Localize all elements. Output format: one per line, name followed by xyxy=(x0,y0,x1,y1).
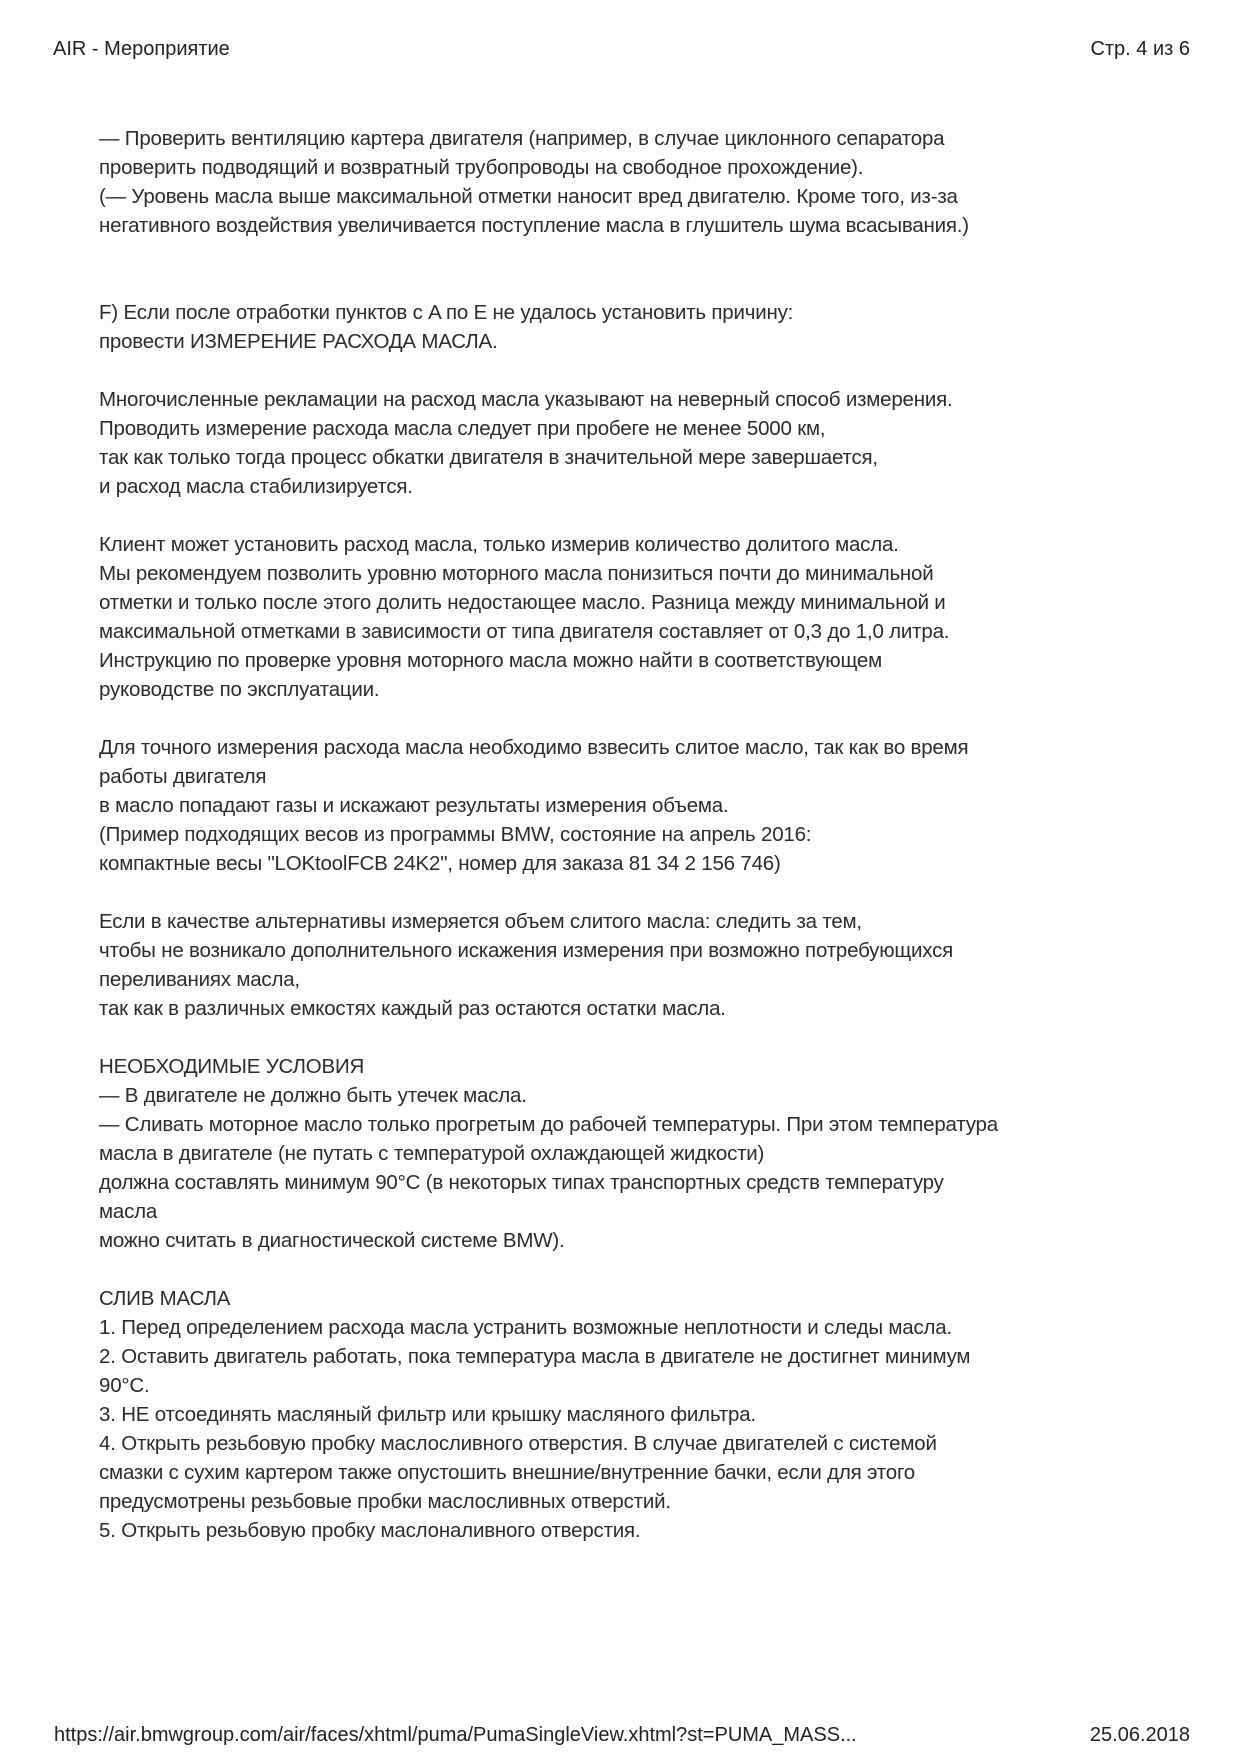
text-line: в масло попадают газы и искажают результ… xyxy=(99,791,1159,820)
text-line: Для точного измерения расхода масла необ… xyxy=(99,733,1159,762)
text-line: масла xyxy=(99,1197,1159,1226)
page-footer: https://air.bmwgroup.com/air/faces/xhtml… xyxy=(54,1722,1190,1748)
text-line: негативного воздействия увеличивается по… xyxy=(99,211,1159,240)
text-line: максимальной отметками в зависимости от … xyxy=(99,617,1159,646)
text-line: 1. Перед определением расхода масла устр… xyxy=(99,1313,1159,1342)
text-line: 2. Оставить двигатель работать, пока тем… xyxy=(99,1342,1159,1371)
document-title: AIR - Мероприятие xyxy=(53,38,230,61)
paragraph-weighing: Для точного измерения расхода масла необ… xyxy=(99,733,1159,878)
text-line: так как только тогда процесс обкатки дви… xyxy=(99,443,1159,472)
text-line: так как в различных емкостях каждый раз … xyxy=(99,994,1159,1023)
text-line: Мы рекомендуем позволить уровню моторног… xyxy=(99,559,1159,588)
text-line: можно считать в диагностической системе … xyxy=(99,1226,1159,1255)
section-required-conditions: НЕОБХОДИМЫЕ УСЛОВИЯ— В двигателе не долж… xyxy=(99,1052,1159,1255)
paragraph-claims: Многочисленные рекламации на расход масл… xyxy=(99,385,1159,501)
text-line: F) Если после отработки пунктов с A по E… xyxy=(99,298,1159,327)
text-line: Инструкцию по проверке уровня моторного … xyxy=(99,646,1159,675)
text-line: Клиент может установить расход масла, то… xyxy=(99,530,1159,559)
text-line: предусмотрены резьбовые пробки маслослив… xyxy=(99,1487,1159,1516)
text-line: — Проверить вентиляцию картера двигателя… xyxy=(99,124,1159,153)
paragraph-step-f: F) Если после отработки пунктов с A по E… xyxy=(99,298,1159,356)
text-line: (Пример подходящих весов из программы BM… xyxy=(99,820,1159,849)
text-line: СЛИВ МАСЛА xyxy=(99,1284,1159,1313)
text-line: смазки с сухим картером также опустошить… xyxy=(99,1458,1159,1487)
text-line: отметки и только после этого долить недо… xyxy=(99,588,1159,617)
text-line: 4. Открыть резьбовую пробку маслосливног… xyxy=(99,1429,1159,1458)
text-line: и расход масла стабилизируется. xyxy=(99,472,1159,501)
text-line: руководстве по эксплуатации. xyxy=(99,675,1159,704)
text-line: компактные весы "LOKtoolFCB 24K2", номер… xyxy=(99,849,1159,878)
page-header: AIR - Мероприятие Стр. 4 из 6 xyxy=(53,34,1190,64)
page-indicator: Стр. 4 из 6 xyxy=(1090,38,1190,61)
text-line: Если в качестве альтернативы измеряется … xyxy=(99,907,1159,936)
text-line: масла в двигателе (не путать с температу… xyxy=(99,1139,1159,1168)
source-url: https://air.bmwgroup.com/air/faces/xhtml… xyxy=(54,1724,857,1747)
text-line: переливаниях масла, xyxy=(99,965,1159,994)
text-line: должна составлять минимум 90°C (в некото… xyxy=(99,1168,1159,1197)
paragraph-client-measurement: Клиент может установить расход масла, то… xyxy=(99,530,1159,704)
text-line: чтобы не возникало дополнительного искаж… xyxy=(99,936,1159,965)
text-line: 3. НЕ отсоединять масляный фильтр или кр… xyxy=(99,1400,1159,1429)
text-line: 5. Открыть резьбовую пробку маслоналивно… xyxy=(99,1516,1159,1545)
text-line: Многочисленные рекламации на расход масл… xyxy=(99,385,1159,414)
text-line: (— Уровень масла выше максимальной отмет… xyxy=(99,182,1159,211)
text-line: проверить подводящий и возвратный трубоп… xyxy=(99,153,1159,182)
text-line: — Сливать моторное масло только прогреты… xyxy=(99,1110,1159,1139)
paragraph-crankcase-ventilation: — Проверить вентиляцию картера двигателя… xyxy=(99,124,1159,240)
document-body: — Проверить вентиляцию картера двигателя… xyxy=(99,124,1159,1545)
section-oil-drain: СЛИВ МАСЛА1. Перед определением расхода … xyxy=(99,1284,1159,1545)
paragraph-volume-alternative: Если в качестве альтернативы измеряется … xyxy=(99,907,1159,1023)
text-line: провести ИЗМЕРЕНИЕ РАСХОДА МАСЛА. xyxy=(99,327,1159,356)
text-line: Проводить измерение расхода масла следуе… xyxy=(99,414,1159,443)
text-line: работы двигателя xyxy=(99,762,1159,791)
print-date: 25.06.2018 xyxy=(1090,1724,1190,1747)
text-line: НЕОБХОДИМЫЕ УСЛОВИЯ xyxy=(99,1052,1159,1081)
text-line: 90°C. xyxy=(99,1371,1159,1400)
text-line: — В двигателе не должно быть утечек масл… xyxy=(99,1081,1159,1110)
